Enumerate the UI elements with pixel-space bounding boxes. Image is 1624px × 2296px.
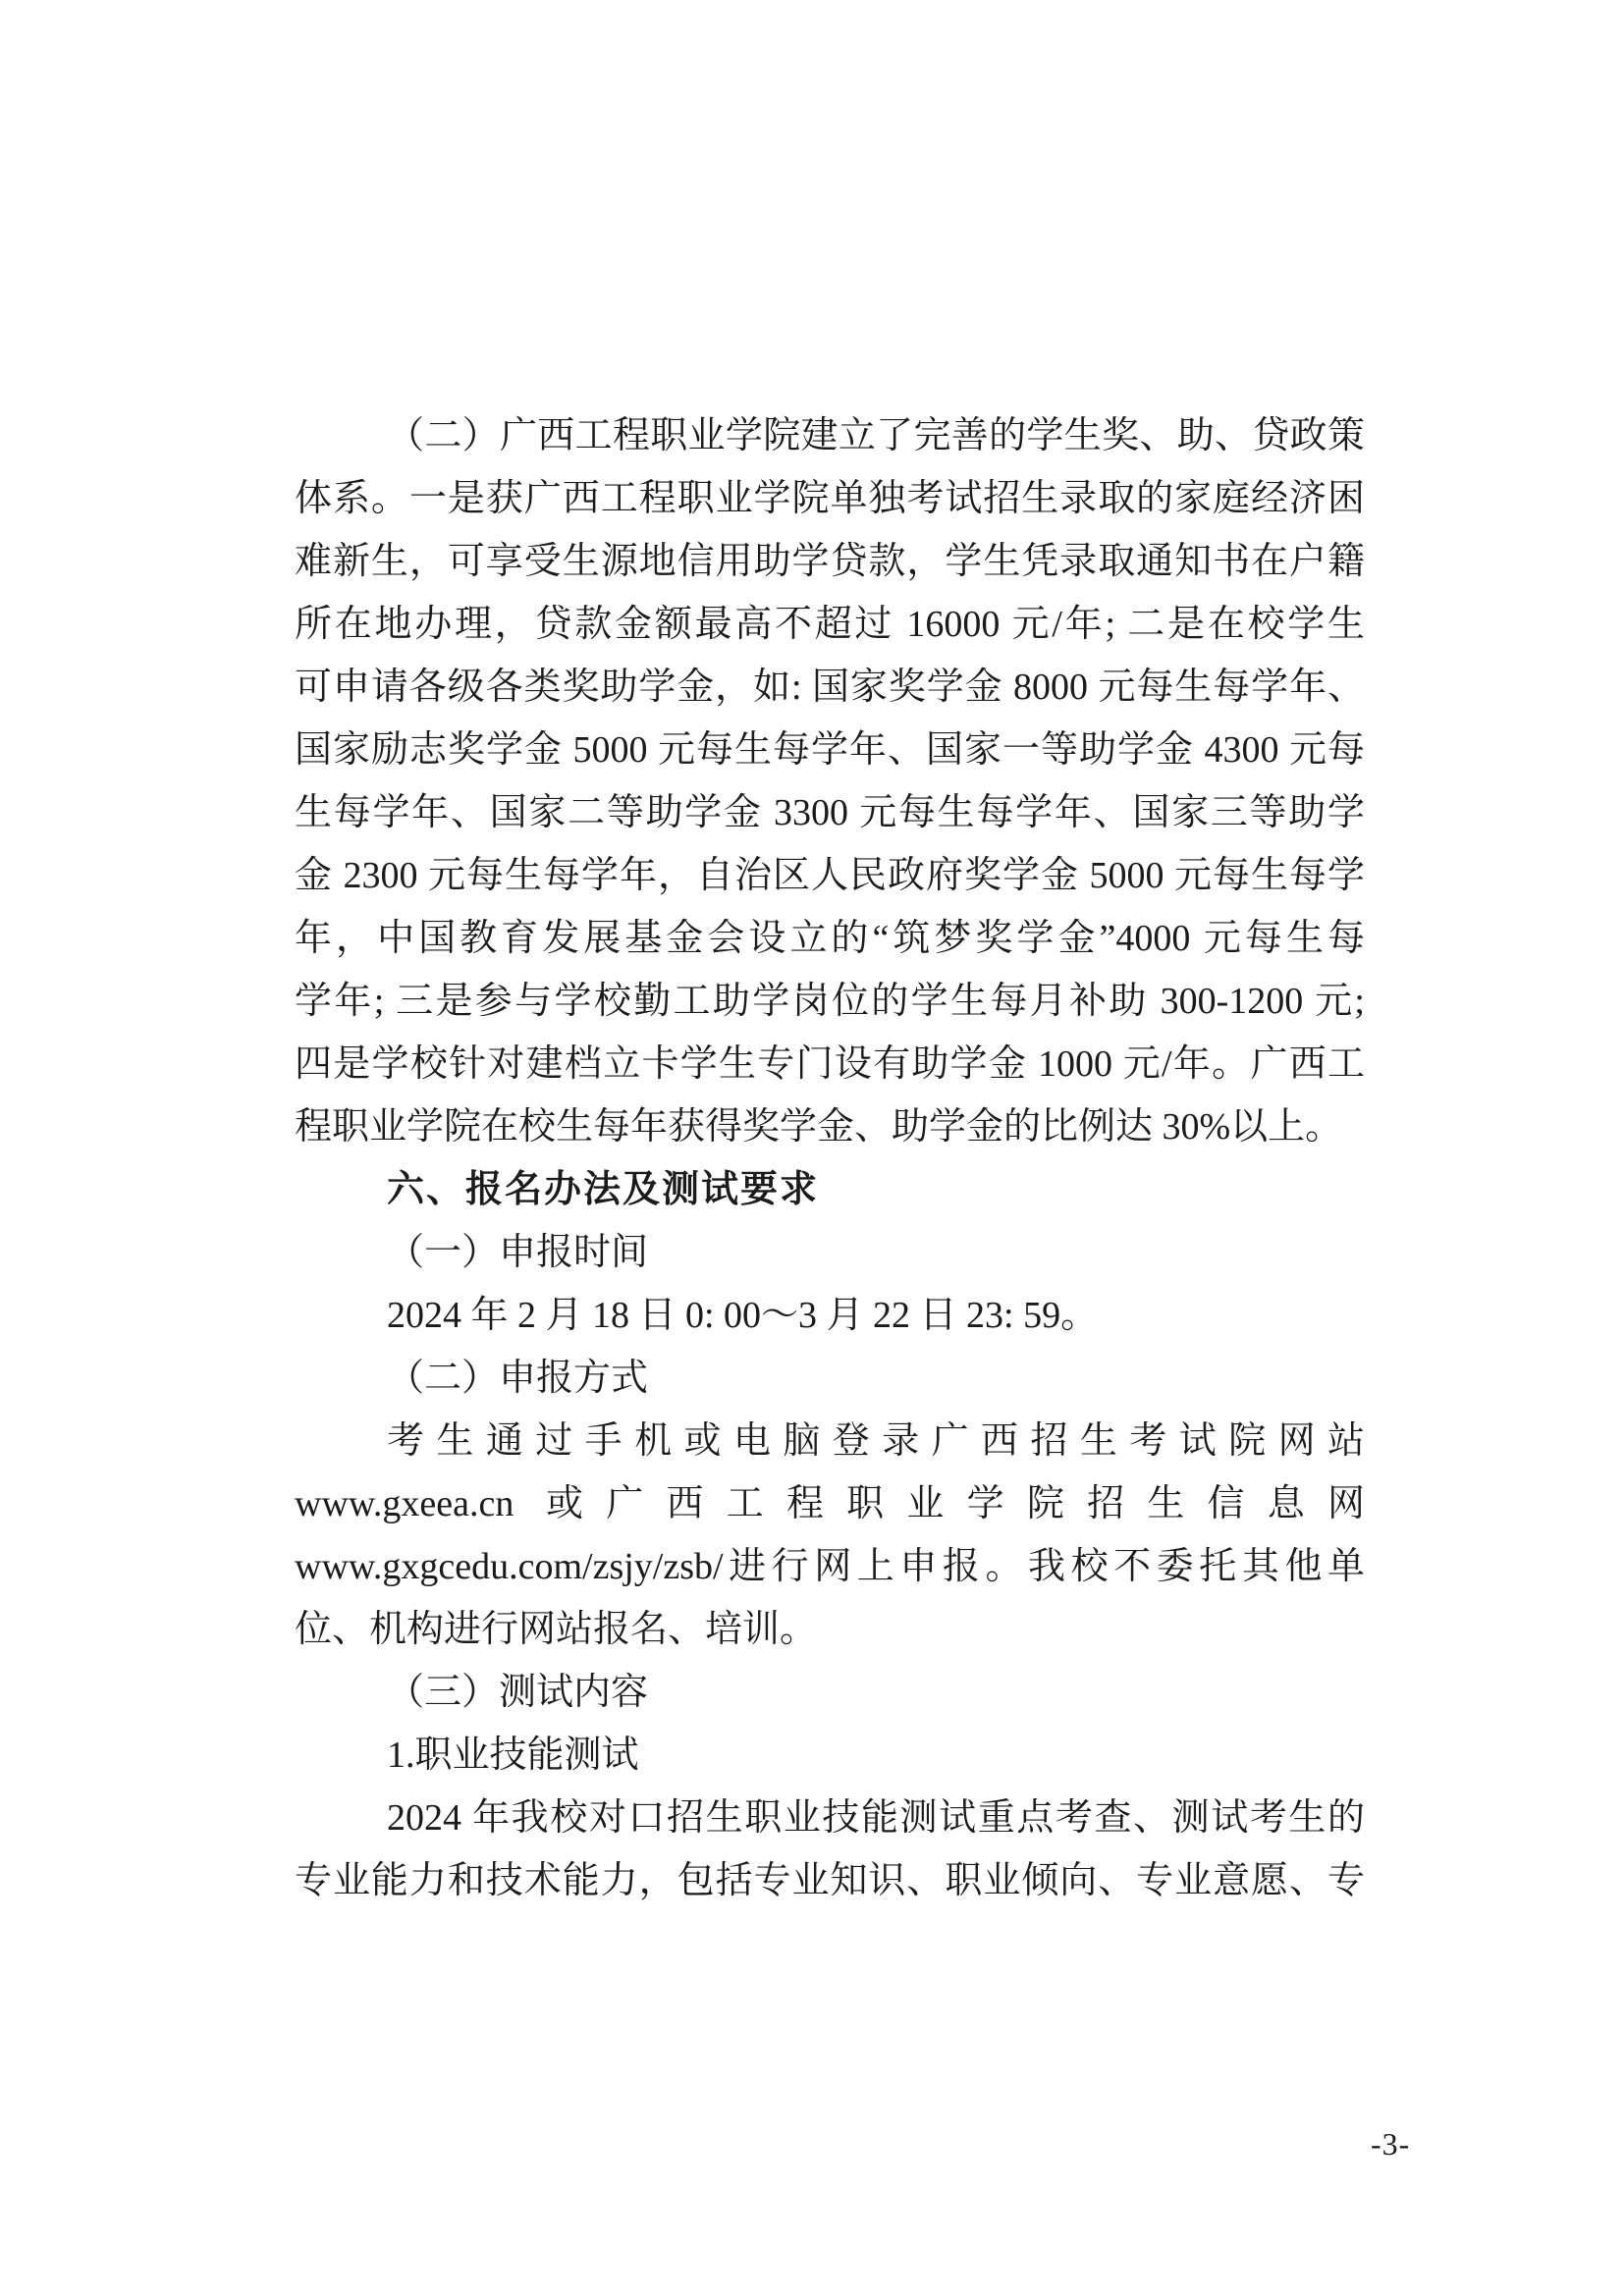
- para-funding-policy-line-4: 所在地办理，贷款金额最高不超过 16000 元/年; 二是在校学生: [295, 593, 1365, 656]
- subheading-application-method: （二）申报方式: [295, 1347, 1365, 1410]
- para-funding-policy-line-7: 生每学年、国家二等助学金 3300 元每生每学年、国家三等助学: [295, 781, 1365, 844]
- para-funding-policy-line-1: （二）广西工程职业学院建立了完善的学生奖、助、贷政策: [295, 404, 1365, 467]
- para-application-method-line-2: www.gxeea.cn 或广西工程职业学院招生信息网: [295, 1472, 1365, 1535]
- page-number: -3-: [1371, 2126, 1410, 2163]
- para-funding-policy-line-3: 难新生，可享受生源地信用助学贷款，学生凭录取通知书在户籍: [295, 530, 1365, 593]
- subheading-test-content: （三）测试内容: [295, 1661, 1365, 1724]
- document-page: （二）广西工程职业学院建立了完善的学生奖、助、贷政策 体系。一是获广西工程职业学…: [0, 0, 1624, 2296]
- para-application-method-line-3: www.gxgcedu.com/zsjy/zsb/进行网上申报。我校不委托其他单: [295, 1535, 1365, 1598]
- para-skill-test-line-2: 专业能力和技术能力，包括专业知识、职业倾向、专业意愿、专: [295, 1849, 1365, 1912]
- subheading-application-time: （一）申报时间: [295, 1221, 1365, 1284]
- para-funding-policy-line-9: 年，中国教育发展基金会设立的“筑梦奖学金”4000 元每生每: [295, 907, 1365, 970]
- section-heading-registration: 六、报名办法及测试要求: [295, 1158, 1365, 1221]
- test-item-1-title: 1.职业技能测试: [295, 1724, 1365, 1787]
- document-body: （二）广西工程职业学院建立了完善的学生奖、助、贷政策 体系。一是获广西工程职业学…: [295, 404, 1365, 1912]
- para-funding-policy-line-2: 体系。一是获广西工程职业学院单独考试招生录取的家庭经济困: [295, 467, 1365, 530]
- para-funding-policy-line-12: 程职业学院在校生每年获得奖学金、助学金的比例达 30%以上。: [295, 1095, 1365, 1158]
- para-application-method-line-1: 考生通过手机或电脑登录广西招生考试院网站: [295, 1410, 1365, 1472]
- para-application-method-line-4: 位、机构进行网站报名、培训。: [295, 1598, 1365, 1661]
- para-funding-policy-line-8: 金 2300 元每生每学年，自治区人民政府奖学金 5000 元每生每学: [295, 844, 1365, 907]
- para-skill-test-line-1: 2024 年我校对口招生职业技能测试重点考查、测试考生的: [295, 1787, 1365, 1849]
- para-funding-policy-line-11: 四是学校针对建档立卡学生专门设有助学金 1000 元/年。广西工: [295, 1033, 1365, 1095]
- para-funding-policy-line-10: 学年; 三是参与学校勤工助学岗位的学生每月补助 300-1200 元;: [295, 970, 1365, 1033]
- application-date-range: 2024 年 2 月 18 日 0: 00～3 月 22 日 23: 59。: [295, 1284, 1365, 1347]
- para-funding-policy-line-6: 国家励志奖学金 5000 元每生每学年、国家一等助学金 4300 元每: [295, 719, 1365, 781]
- para-funding-policy-line-5: 可申请各级各类奖助学金，如: 国家奖学金 8000 元每生每学年、: [295, 656, 1365, 719]
